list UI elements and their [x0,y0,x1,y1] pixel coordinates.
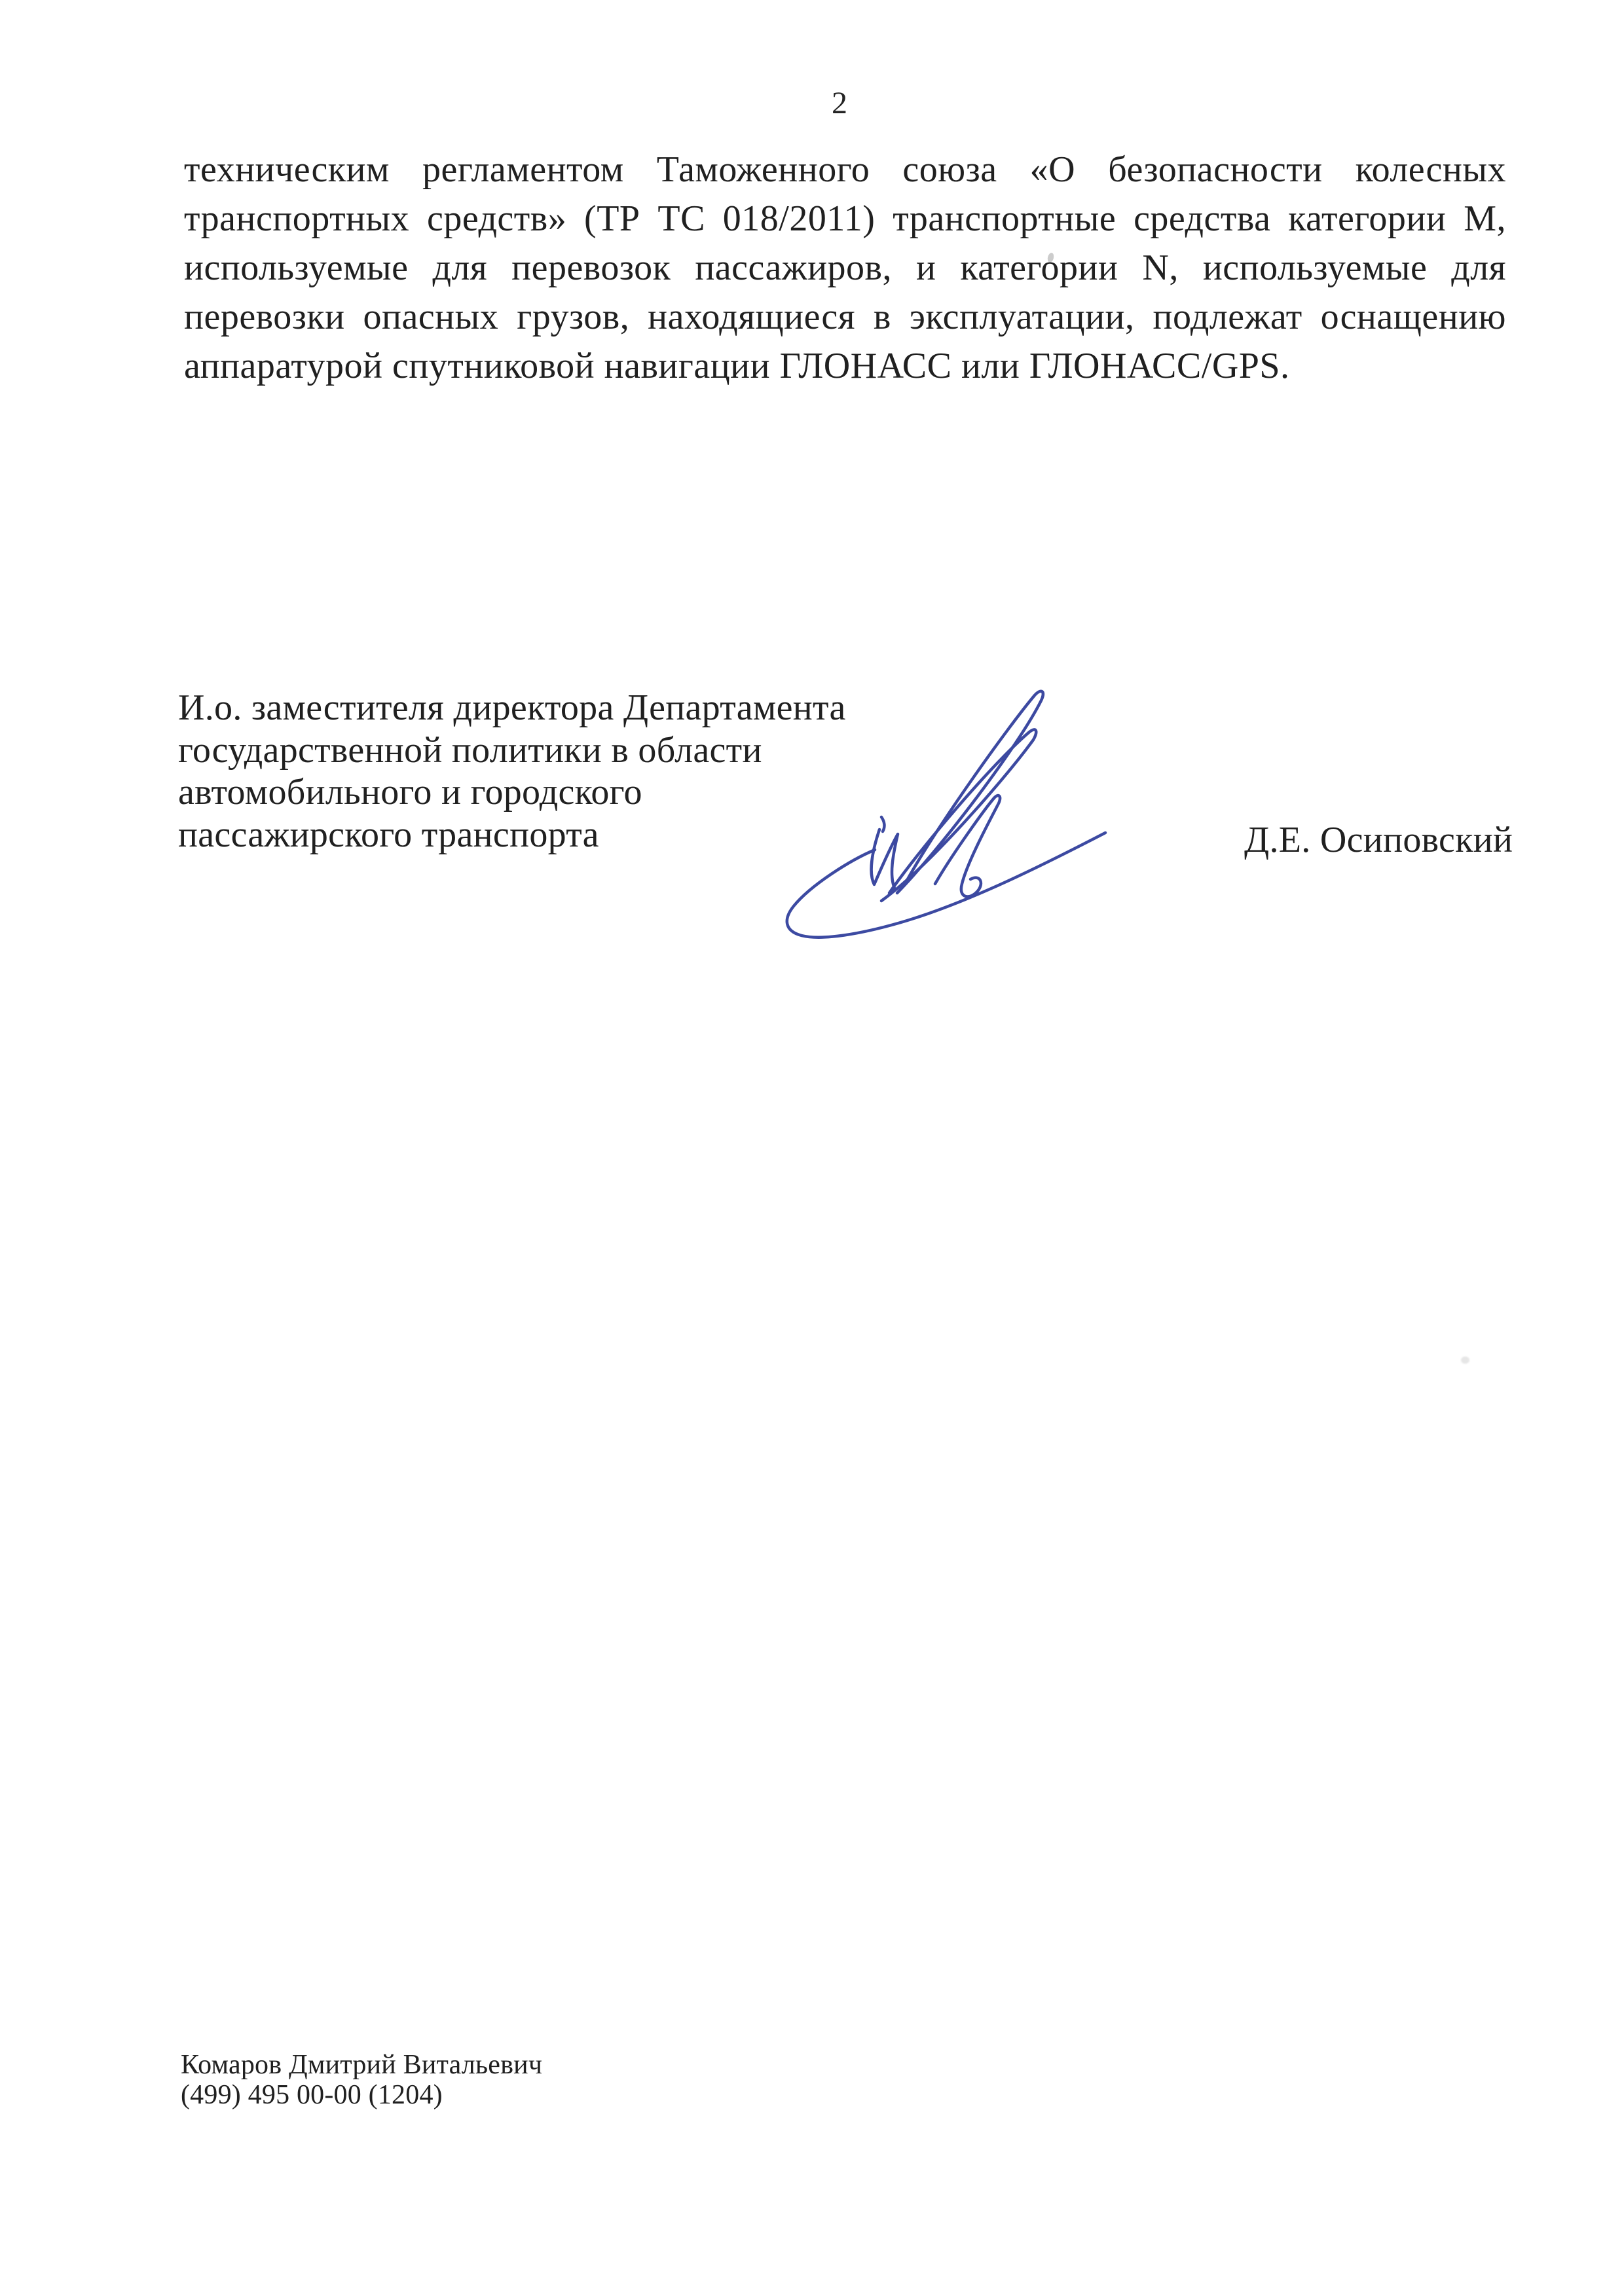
signatory-name: Д.Е. Осиповский [1244,820,1513,860]
footer-phone: (499) 495 00-00 (1204) [181,2080,542,2110]
paragraph-line: транспортных средств» (ТР ТС 018/2011) т… [184,194,1506,244]
paragraph-line: техническим регламентом Таможенного союз… [184,145,1506,194]
handwritten-signature [747,668,1153,943]
footer-contact: Комаров Дмитрий Витальевич (499) 495 00-… [181,2050,542,2110]
signature-ink-strokes [787,691,1105,938]
scan-speck [1461,1357,1469,1364]
scanned-letter-page: 2 техническим регламентом Таможенного со… [0,0,1624,2296]
paragraph-line: перевозки опасных грузов, находящиеся в … [184,293,1506,342]
paragraph-line: используемые для перевозок пассажиров, и… [184,244,1506,293]
footer-contact-name: Комаров Дмитрий Витальевич [181,2050,542,2080]
paragraph-line: аппаратурой спутниковой навигации ГЛОНАС… [184,342,1506,391]
page-number: 2 [832,87,847,120]
body-paragraph: техническим регламентом Таможенного союз… [184,145,1506,391]
